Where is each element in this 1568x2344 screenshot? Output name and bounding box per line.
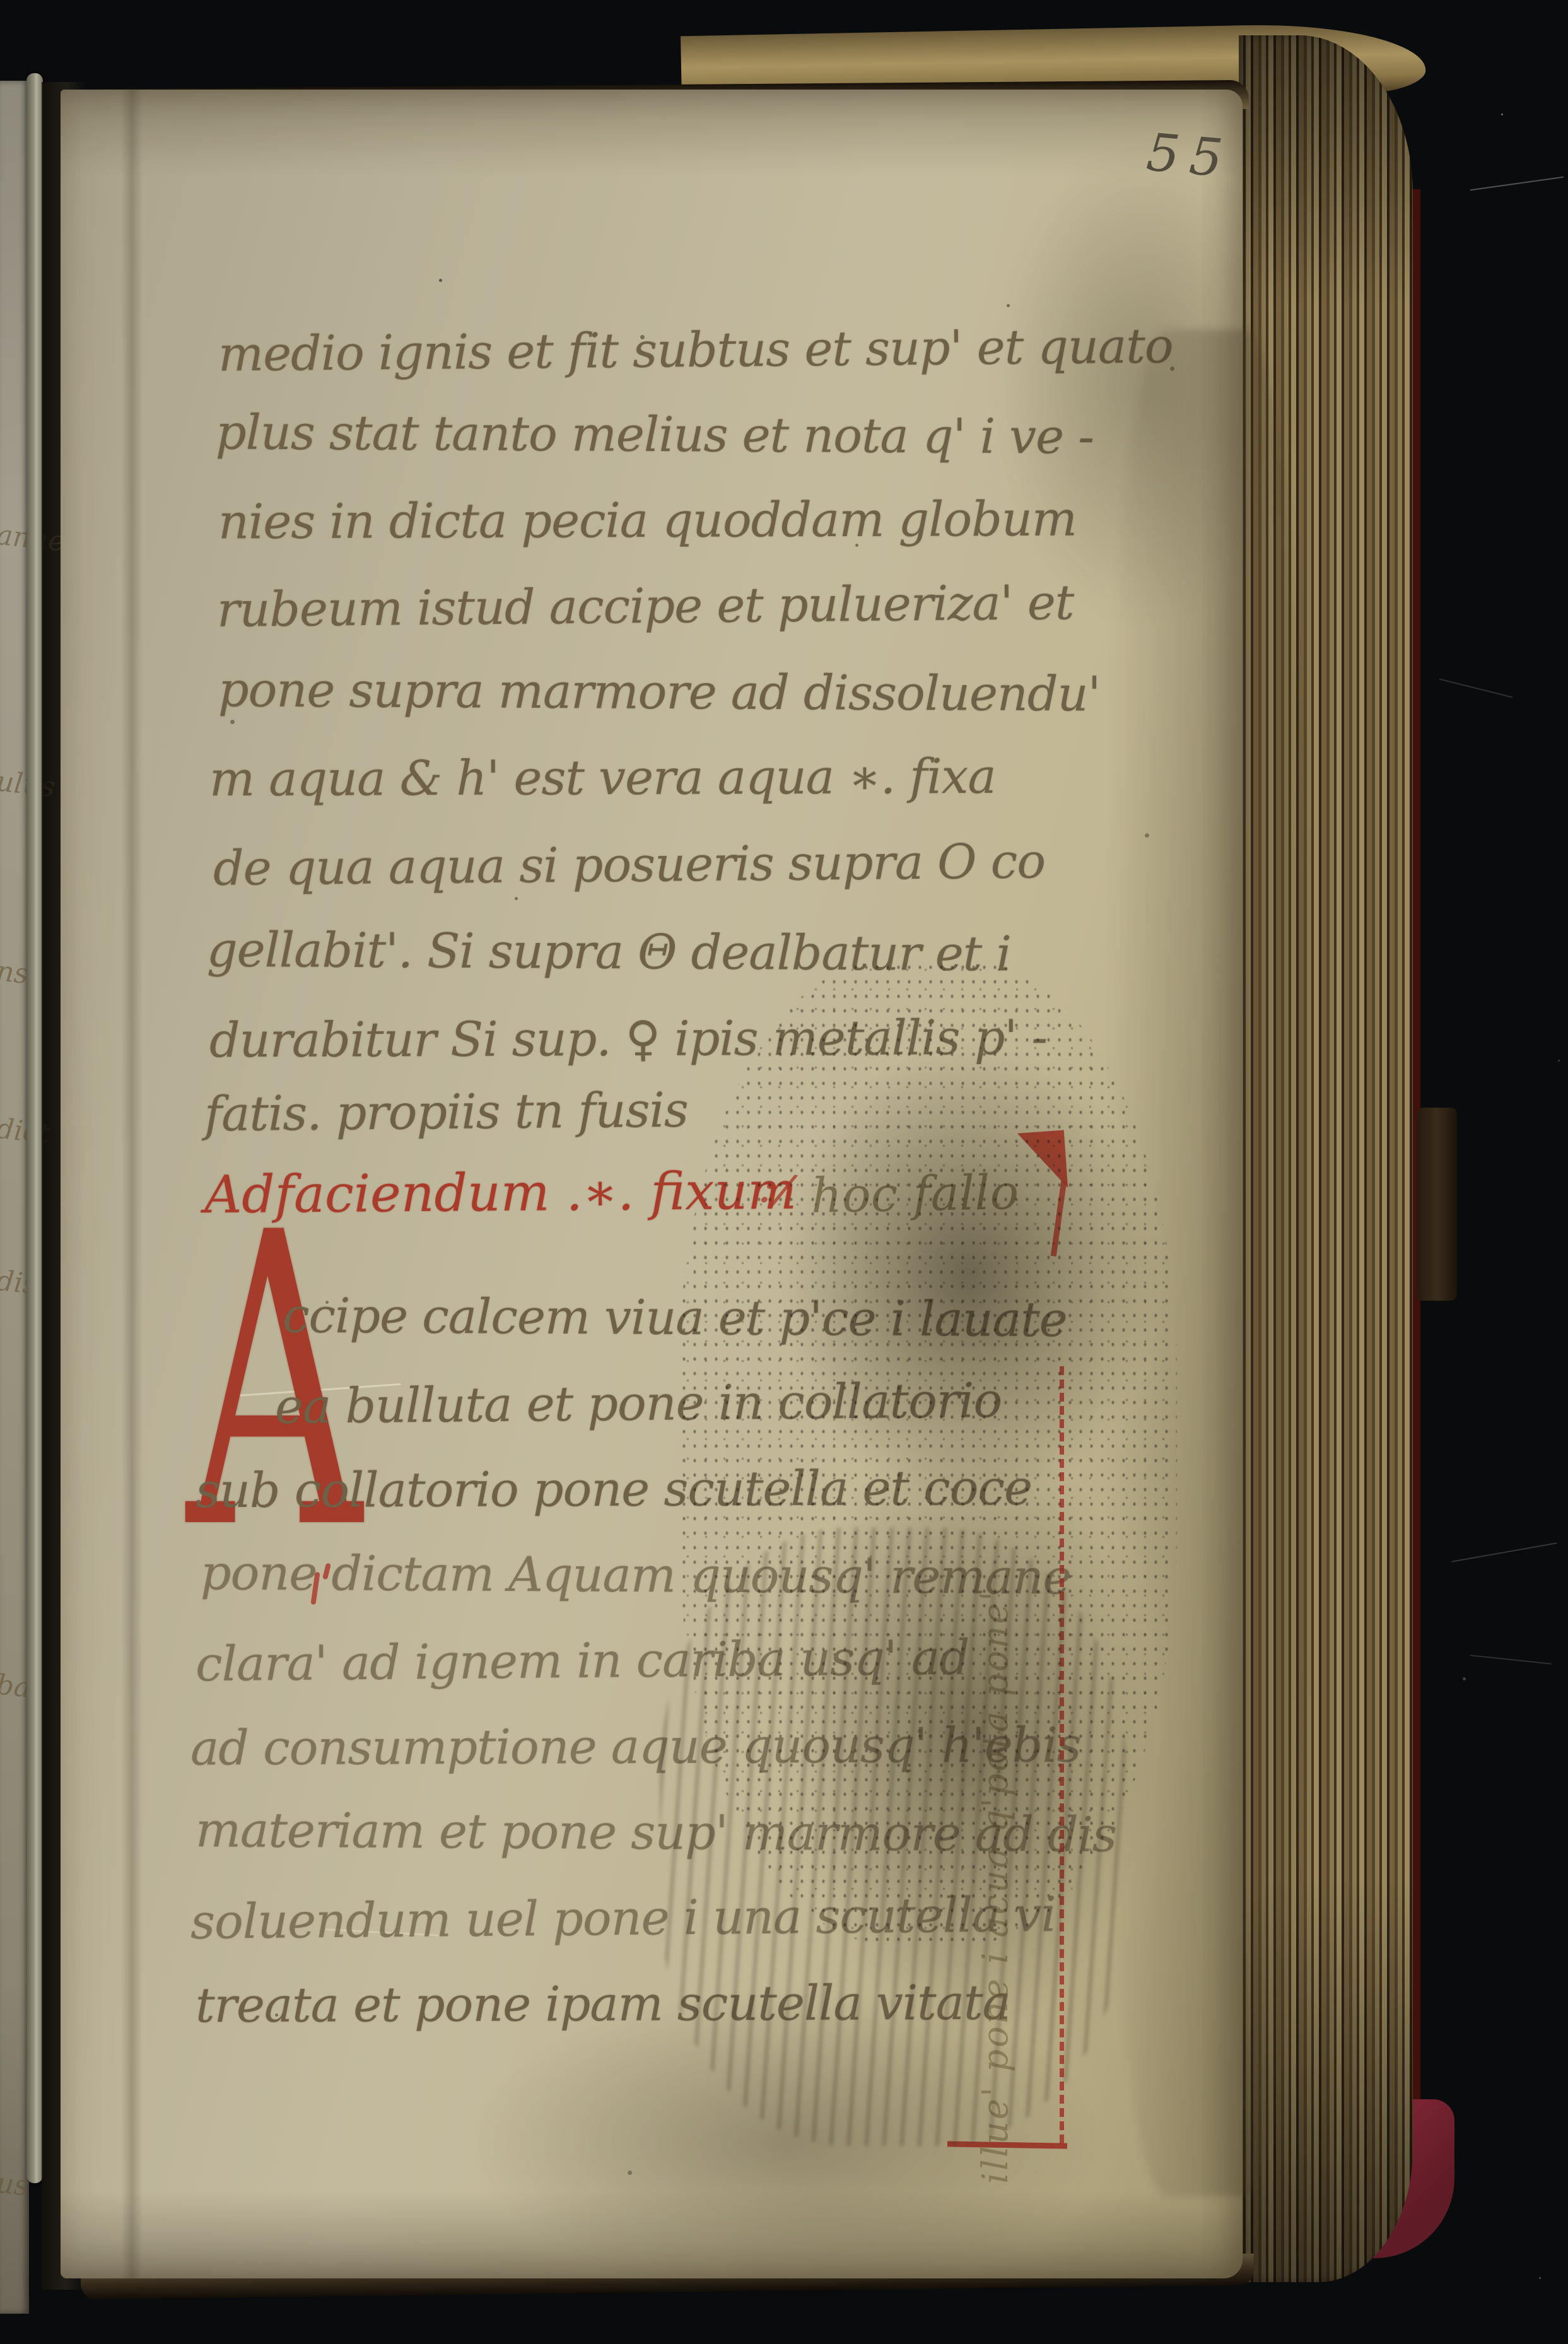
photograph-of-manuscript: anne ulus nse dict dis ba us 55 medio ig… — [0, 0, 1568, 2344]
text-line: medio ignis et fit subtus et sup' et qua… — [218, 317, 1173, 382]
text-line: sub collatorio pone scutella et coce — [196, 1460, 1032, 1519]
background-scratch — [1439, 679, 1513, 698]
facing-page-sliver: anne ulus nse dict dis ba us — [0, 81, 29, 2314]
text-line: clara' ad ignem in cariba usq' ad — [196, 1629, 969, 1692]
ink-specks — [439, 279, 442, 282]
text-line: pone supra marmore ad dissoluendu' — [218, 661, 1101, 722]
background-scratch — [1470, 177, 1564, 191]
ink-smudge — [773, 1036, 1164, 1515]
facing-page-text-fragment: us — [0, 2167, 30, 2202]
text-line: soluendum uel pone i una scutella vi — [190, 1886, 1056, 1950]
text-line: m aqua & h' est vera aqua ∗. fixa — [209, 748, 996, 807]
red-bracket-line — [1060, 1366, 1064, 2143]
text-line: rubeum istud accipe et pulueriza' et — [217, 574, 1074, 638]
text-line: ea bulluta et pone in collatorio — [275, 1372, 1002, 1434]
ink-smudge-speckle — [679, 960, 1177, 1944]
clasp-remnant — [1417, 1108, 1457, 1301]
page-holder-strip — [26, 73, 43, 2183]
text-line: durabitur Si sup. ♀ ipis metallis p' - — [209, 1009, 1047, 1069]
text-line: nies in dicta pecia quoddam globum — [218, 491, 1077, 550]
text-line: pone dictam Aquam quousq' remane — [201, 1544, 1071, 1605]
text-line: gellabit'. Si supra Θ dealbatur et i — [207, 922, 1011, 982]
manuscript-page: 55 medio ignis et fit subtus et sup' et … — [61, 90, 1243, 2278]
background-dust — [1501, 114, 1503, 115]
text-line: ccipe calcem viua et p'ce i lauate — [283, 1287, 1067, 1348]
text-line: plus stat tanto melius et nota q' i ve - — [216, 404, 1094, 464]
red-bracket-stem — [1051, 1181, 1067, 1257]
marginal-note-vertical: illue' pone i acua q'pota pone' — [975, 1376, 1016, 2184]
text-line: fatis. propiis tn fusis — [204, 1082, 689, 1142]
rubric-gloss: hoc fallo — [810, 1164, 1019, 1224]
text-line: ad consumptione aque quousq' h'ebis — [190, 1717, 1081, 1776]
text-line: treata et pone ipam scutella vitata — [196, 1974, 1010, 2034]
fore-edge-page-stack — [1239, 35, 1413, 2282]
text-line: de qua aqua si posueris supra O co — [213, 833, 1046, 896]
background-scratch — [1470, 1655, 1551, 1665]
folio-number: 55 — [1144, 122, 1235, 190]
red-bracket-foot — [947, 2141, 1067, 2148]
background-scratch — [1451, 1542, 1557, 1562]
parchment-fold — [121, 90, 143, 2278]
